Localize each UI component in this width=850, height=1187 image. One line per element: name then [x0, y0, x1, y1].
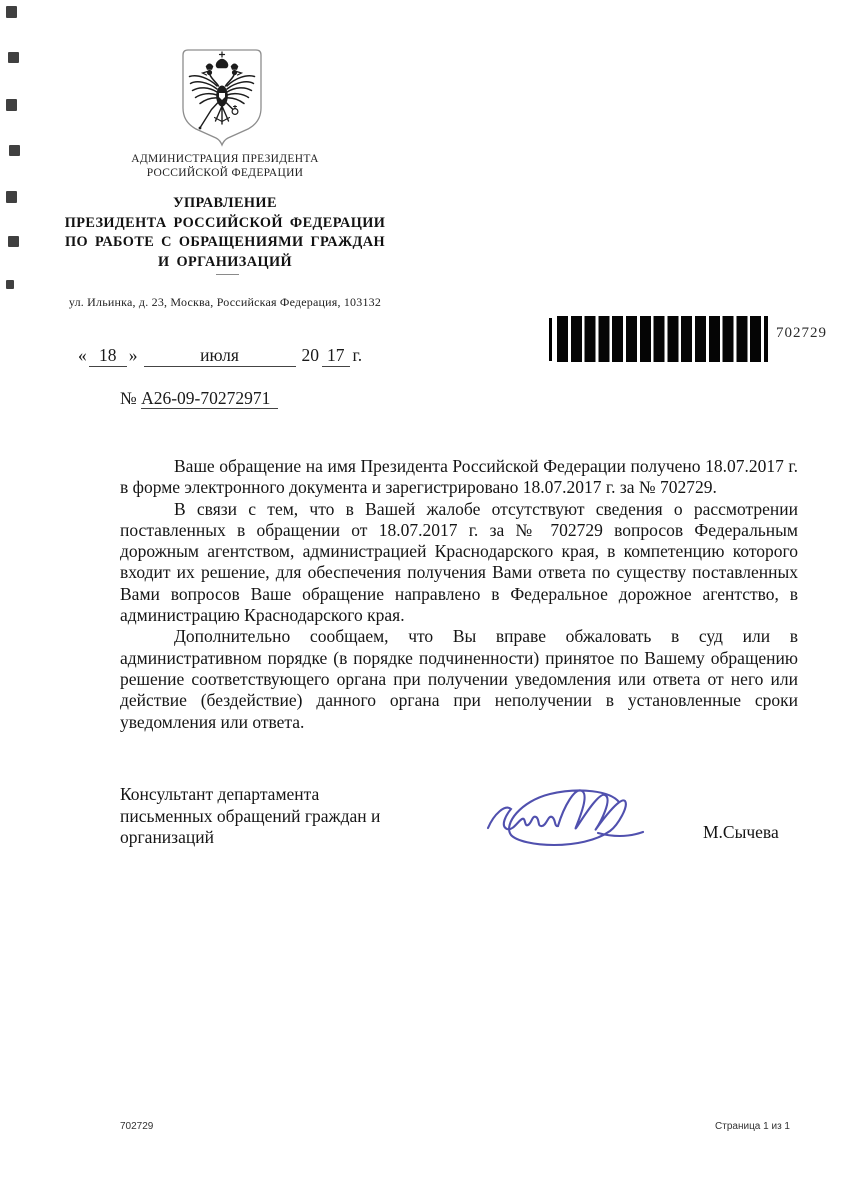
date-close-quote: » — [129, 345, 138, 365]
org-name-line2: РОССИЙСКОЙ ФЕДЕРАЦИИ — [50, 166, 400, 180]
date-open-quote: « — [78, 345, 87, 365]
barcode-bars — [557, 316, 768, 362]
document-number-label: № — [120, 388, 137, 408]
paragraph-1: Ваше обращение на имя Президента Российс… — [120, 456, 798, 499]
document-number-line: № А26-09-70272971 — [120, 388, 278, 409]
signer-position-line3: организаций — [120, 827, 420, 849]
org-name-line1: АДМИНИСТРАЦИЯ ПРЕЗИДЕНТА — [50, 152, 400, 166]
scan-artifact — [9, 145, 20, 156]
date-year: 17 — [322, 345, 350, 367]
department-line3: ПО РАБОТЕ С ОБРАЩЕНИЯМИ ГРАЖДАН — [40, 233, 410, 253]
document-number: А26-09-70272971 — [141, 388, 278, 409]
date-century: 20 — [302, 345, 320, 365]
handwritten-signature — [480, 776, 650, 848]
letter-body: Ваше обращение на имя Президента Российс… — [120, 456, 798, 733]
paragraph-2: В связи с тем, что в Вашей жалобе отсутс… — [120, 499, 798, 627]
scanned-letter-page: АДМИНИСТРАЦИЯ ПРЕЗИДЕНТА РОССИЙСКОЙ ФЕДЕ… — [0, 0, 850, 1187]
date-line: «18»июля2017г. — [78, 345, 362, 367]
date-month: июля — [144, 345, 296, 367]
date-day: 18 — [89, 345, 127, 367]
barcode-number: 702729 — [776, 325, 827, 342]
paragraph-3: Дополнительно сообщаем, что Вы вправе об… — [120, 626, 798, 732]
date-year-suffix: г. — [353, 345, 363, 365]
signer-position-line1: Консультант департамента — [120, 784, 420, 806]
org-name: АДМИНИСТРАЦИЯ ПРЕЗИДЕНТА РОССИЙСКОЙ ФЕДЕ… — [50, 152, 400, 180]
scan-artifact — [8, 236, 19, 247]
department-name: УПРАВЛЕНИЕ ПРЕЗИДЕНТА РОССИЙСКОЙ ФЕДЕРАЦ… — [40, 194, 410, 272]
footer-doc-number: 702729 — [120, 1121, 153, 1132]
scan-artifact — [6, 280, 14, 289]
coat-of-arms-icon — [181, 48, 263, 148]
department-line2: ПРЕЗИДЕНТА РОССИЙСКОЙ ФЕДЕРАЦИИ — [40, 214, 410, 234]
signer-position-line2: письменных обращений граждан и — [120, 806, 420, 828]
scan-artifact — [6, 99, 17, 111]
scan-artifact — [8, 52, 19, 63]
barcode-start-bar — [549, 318, 552, 361]
signer-name: М.Сычева — [703, 822, 779, 843]
signer-position: Консультант департамента письменных обра… — [120, 784, 420, 849]
letterhead-divider — [216, 274, 239, 275]
scan-artifact — [6, 191, 17, 203]
department-line4: И ОРГАНИЗАЦИЙ — [40, 253, 410, 273]
scan-artifact — [6, 6, 17, 18]
department-line1: УПРАВЛЕНИЕ — [40, 194, 410, 214]
org-address: ул. Ильинка, д. 23, Москва, Российская Ф… — [36, 295, 414, 310]
footer-page-info: Страница 1 из 1 — [640, 1121, 790, 1132]
